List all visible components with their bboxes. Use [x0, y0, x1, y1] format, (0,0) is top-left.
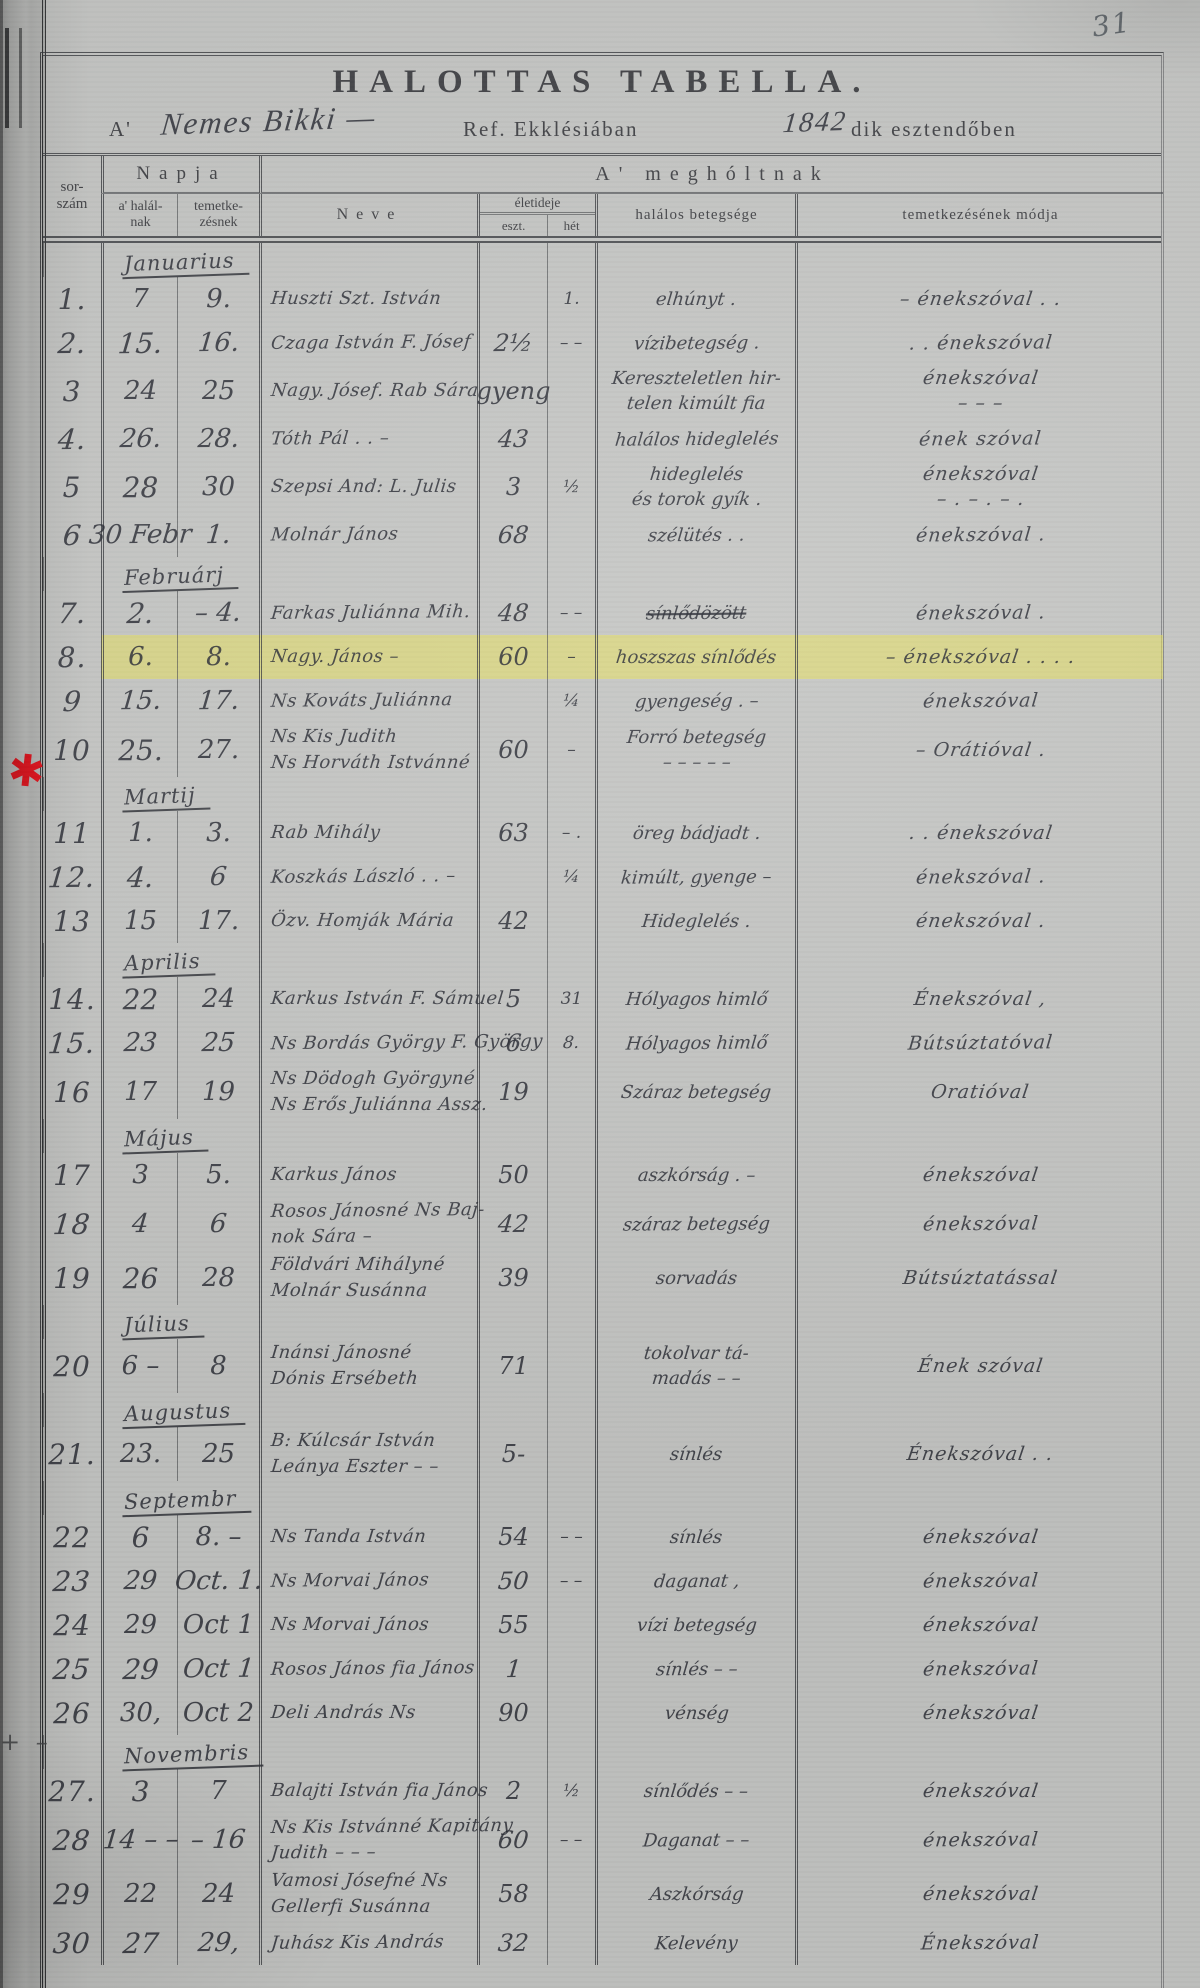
deceased-name: Koszkás László . . – [259, 855, 477, 899]
burial-mode: énekszóval . [795, 855, 1163, 899]
deceased-name: Rab Mihály [259, 811, 477, 855]
row-number: 11 [43, 811, 101, 855]
column-header-cause: halálos betegsége [595, 194, 795, 236]
burial-date: 8. [177, 635, 259, 679]
spacer [477, 777, 547, 811]
month-label: Augustus [101, 1393, 259, 1427]
row-number: 4. [43, 417, 101, 461]
burial-date: 8 [177, 1339, 259, 1393]
age-weeks [547, 365, 595, 417]
deceased-name: Ns Morvai János [259, 1559, 477, 1603]
age-years: 42 [477, 1197, 547, 1251]
table-row: 111.3.Rab Mihály63– .öreg bádjadt .. . é… [43, 811, 1161, 855]
row-number: 23 [43, 1559, 101, 1603]
spacer [795, 1305, 1163, 1339]
burial-date: – 4. [177, 591, 259, 635]
row-number: 19 [43, 1251, 101, 1305]
column-header-burial-mode: temetkezésének módja [795, 194, 1163, 236]
spacer [477, 557, 547, 591]
burial-date: 17. [177, 899, 259, 943]
age-years: 2½ [477, 321, 547, 365]
burial-mode: énekszóval [795, 1867, 1163, 1921]
cause-of-death: sínlés [595, 1515, 795, 1559]
row-number: 20 [43, 1339, 101, 1393]
burial-date: 8. – [177, 1515, 259, 1559]
spacer [259, 243, 477, 277]
page-number: 31 [1090, 5, 1134, 43]
age-weeks: – – [547, 1559, 595, 1603]
spacer [43, 243, 101, 277]
deceased-name: Ns Kováts Juliánna [259, 679, 477, 723]
age-weeks: ¼ [547, 855, 595, 899]
age-weeks: ½ [547, 461, 595, 513]
spacer [477, 1119, 547, 1153]
cause-of-death: hoszszas sínlődés [595, 635, 795, 679]
row-number: 24 [43, 1603, 101, 1647]
cause-of-death: halálos hideglelés [595, 417, 795, 461]
spacer [795, 1119, 1163, 1153]
age-weeks: 31 [547, 977, 595, 1021]
table-row: 1735.Karkus János50aszkórság . –énekszóv… [43, 1153, 1161, 1197]
burial-mode: – Orátióval . [795, 723, 1163, 777]
parish-name-handwritten: Nemes Bikki — [159, 99, 378, 143]
death-date: 27 [101, 1921, 177, 1965]
age-years: 1 [477, 1647, 547, 1691]
death-date: 22 [101, 977, 177, 1021]
burial-date: 30 [177, 461, 259, 513]
burial-date: Oct. 1. [177, 1559, 259, 1603]
table-row: 15.2325Ns Bordás György F. György68.Hóly… [43, 1021, 1161, 1065]
age-weeks: – – [547, 1813, 595, 1867]
spacer [795, 943, 1163, 977]
table-row: 27.37Balajti István fia János2½sínlődés … [43, 1769, 1161, 1813]
spacer [547, 1305, 595, 1339]
age-weeks: 8. [547, 1021, 595, 1065]
document-subtitle: A' Nemes Bikki — Ref. Ekklésiában 1842 d… [43, 101, 1161, 153]
cause-of-death: sínlődés – – [595, 1769, 795, 1813]
death-date: 7 [101, 277, 177, 321]
age-years: 71 [477, 1339, 547, 1393]
age-weeks [547, 1065, 595, 1119]
deceased-name: Balajti István fia János [259, 1769, 477, 1813]
row-number: 14. [43, 977, 101, 1021]
cause-of-death: vízi betegség [595, 1603, 795, 1647]
column-header-name: Neve [259, 194, 477, 236]
table-row: 1.79.Huszti Szt. István1.elhúnyt .– ének… [43, 277, 1161, 321]
age-weeks: ¼ [547, 679, 595, 723]
spacer [795, 1393, 1163, 1427]
age-years-label: eszt. [480, 215, 548, 236]
death-date: 4. [101, 855, 177, 899]
spacer [259, 777, 477, 811]
spacer [477, 1735, 547, 1769]
spacer [547, 777, 595, 811]
burial-mode: énekszóval [795, 1153, 1163, 1197]
spacer [595, 1393, 795, 1427]
spacer [43, 1119, 101, 1153]
spacer [259, 1393, 477, 1427]
spacer [595, 243, 795, 277]
burial-date: 27. [177, 723, 259, 777]
death-date: 6 [101, 1515, 177, 1559]
age-years: 50 [477, 1153, 547, 1197]
spacer [795, 243, 1163, 277]
age-weeks [547, 513, 595, 557]
burial-mode: – énekszóval . . [795, 277, 1163, 321]
burial-date: 6 [177, 855, 259, 899]
spacer [595, 777, 795, 811]
row-number: 10 [43, 723, 101, 777]
age-weeks: – – [547, 1515, 595, 1559]
burial-mode: Énekszóval . . [795, 1427, 1163, 1481]
death-date: 26 [101, 1251, 177, 1305]
row-number: 17 [43, 1153, 101, 1197]
column-header-serial: sor- szám [43, 156, 101, 236]
cause-of-death: elhúnyt . [595, 277, 795, 321]
cause-of-death: Száraz betegség [595, 1065, 795, 1119]
burial-mode: énekszóval [795, 679, 1163, 723]
burial-date: 7 [177, 1769, 259, 1813]
deceased-name: Ns Morvai János [259, 1603, 477, 1647]
age-years: 54 [477, 1515, 547, 1559]
table-row: 206 –8Inánsi JánosnéDónis Ersébeth71toko… [43, 1339, 1161, 1393]
subtitle-prefix: A' [109, 117, 132, 142]
cause-of-death: sínlődözött [595, 591, 795, 635]
death-date: 24 [101, 365, 177, 417]
table-row: 2814 – –– 16Ns Kis Istvánné KapitányJudi… [43, 1813, 1161, 1867]
spacer [547, 1735, 595, 1769]
month-label: Januarius [101, 243, 259, 277]
month-label: Aprilis [101, 943, 259, 977]
spacer [795, 1735, 1163, 1769]
cause-of-death: Hideglelés . [595, 899, 795, 943]
spacer [795, 557, 1163, 591]
cause-of-death: vízibetegség . [595, 321, 795, 365]
cause-of-death: sínlés [595, 1427, 795, 1481]
death-date: 29 [101, 1603, 177, 1647]
age-weeks: ½ [547, 1769, 595, 1813]
row-number: 18 [43, 1197, 101, 1251]
spacer [795, 1481, 1163, 1515]
deceased-name: Ns Tanda István [259, 1515, 477, 1559]
row-number: 12. [43, 855, 101, 899]
table-row: 52830Szepsi And: L. Julis3½hideglelésés … [43, 461, 1161, 513]
death-date: 17 [101, 1065, 177, 1119]
burial-mode: énekszóval . [795, 899, 1163, 943]
age-years: 39 [477, 1251, 547, 1305]
month-label: Februárj [101, 557, 259, 591]
register-sheet: HALOTTAS TABELLA. A' Nemes Bikki — Ref. … [40, 52, 1164, 1988]
age-years [477, 277, 547, 321]
death-date: 3 [101, 1153, 177, 1197]
table-header: sor- szám Napja A' meghóltnak a' halál- … [43, 153, 1161, 243]
burial-mode: énekszóval– – – [795, 365, 1163, 417]
burial-mode: énekszóval– . – . – . [795, 461, 1163, 513]
spacer [259, 557, 477, 591]
cause-of-death: aszkórság . – [595, 1153, 795, 1197]
burial-mode: énekszóval [795, 1813, 1163, 1867]
burial-date: 5. [177, 1153, 259, 1197]
age-weeks: – . [547, 811, 595, 855]
age-years: 32 [477, 1921, 547, 1965]
burial-mode: . . énekszóval [795, 811, 1163, 855]
death-date: 23. [101, 1427, 177, 1481]
burial-mode: énekszóval . [795, 513, 1163, 557]
row-number: 5 [43, 461, 101, 513]
age-weeks [547, 1647, 595, 1691]
deceased-name: Farkas Juliánna Mih. [259, 591, 477, 635]
age-years: 60 [477, 723, 547, 777]
age-weeks [547, 1251, 595, 1305]
burial-date: 3. [177, 811, 259, 855]
deceased-name: Földvári MihálynéMolnár Susánna [259, 1251, 477, 1305]
table-row: 630 Febr1.Molnár János68szélütés . .ének… [43, 513, 1161, 557]
burial-mode: énekszóval [795, 1691, 1163, 1735]
burial-mode: Ének szóval [795, 1339, 1163, 1393]
death-date: 14 – – [101, 1813, 177, 1867]
table-row: 161719Ns Dödogh GyörgynéNs Erős Juliánna… [43, 1065, 1161, 1119]
spacer [43, 1305, 101, 1339]
age-years: 42 [477, 899, 547, 943]
row-number: 16 [43, 1065, 101, 1119]
month-header-row: Aprilis [43, 943, 1161, 977]
spacer [259, 1119, 477, 1153]
month-label: Július [101, 1305, 259, 1339]
age-years: 43 [477, 417, 547, 461]
spacer [259, 1481, 477, 1515]
deceased-name: Deli András Ns [259, 1691, 477, 1735]
deceased-name: Ns Dödogh GyörgynéNs Erős Juliánna Assz. [259, 1065, 477, 1119]
death-date: 2. [101, 591, 177, 635]
table-row: 14.2224Karkus István F. Sámuel531Hólyago… [43, 977, 1161, 1021]
burial-date: 16. [177, 321, 259, 365]
death-date: 29 [101, 1559, 177, 1603]
cause-of-death: gyengeség . – [595, 679, 795, 723]
age-weeks-label: hét [548, 218, 595, 234]
table-row: 2.15.16.Czaga István F. Jósef2½– –vízibe… [43, 321, 1161, 365]
spacer [547, 943, 595, 977]
spacer [477, 943, 547, 977]
burial-date: 28. [177, 417, 259, 461]
deceased-name: Karkus István F. Sámuel [259, 977, 477, 1021]
cause-of-death: Kereszteletlen hir-telen kimúlt fia [595, 365, 795, 417]
burial-mode: Énekszóval [795, 1921, 1163, 1965]
table-row: 1846Rosos Jánosné Ns Baj-nok Sára –42szá… [43, 1197, 1161, 1251]
age-weeks: – – [547, 321, 595, 365]
age-weeks [547, 899, 595, 943]
row-number: 28 [43, 1813, 101, 1867]
deceased-name: B: Kúlcsár IstvánLeánya Eszter – – [259, 1427, 477, 1481]
burial-date: 24 [177, 977, 259, 1021]
cause-of-death: Aszkórság [595, 1867, 795, 1921]
row-number: 21. [43, 1427, 101, 1481]
deceased-name: Ns Kis Istvánné KapitányJudith – – – [259, 1813, 477, 1867]
age-years: 5- [477, 1427, 547, 1481]
spacer [595, 943, 795, 977]
table-row: 8.6.8.Nagy. János –60–hoszszas sínlődés–… [43, 635, 1161, 679]
age-weeks [547, 1691, 595, 1735]
cause-of-death: szélütés . . [595, 513, 795, 557]
death-date: 30 Febr [101, 513, 177, 557]
spacer [259, 943, 477, 977]
spacer [259, 1735, 477, 1769]
deceased-name: Ns Bordás György F. György [259, 1021, 477, 1065]
burial-date: 19 [177, 1065, 259, 1119]
burial-mode: . . énekszóval [795, 321, 1163, 365]
death-date: 29 [101, 1647, 177, 1691]
death-date: 6 – [101, 1339, 177, 1393]
month-label: Novembris [101, 1735, 259, 1769]
burial-date: 17. [177, 679, 259, 723]
cause-of-death: vénség [595, 1691, 795, 1735]
margin-cross-mark: + – [0, 1728, 52, 1756]
month-label: Martij [101, 777, 259, 811]
spacer [547, 1119, 595, 1153]
age-years: 48 [477, 591, 547, 635]
age-weeks [547, 1197, 595, 1251]
row-number: 25 [43, 1647, 101, 1691]
row-number: 13 [43, 899, 101, 943]
row-number: 3 [43, 365, 101, 417]
cause-of-death: Hólyagos himlő [595, 1021, 795, 1065]
month-label: Május [101, 1119, 259, 1153]
document-title: HALOTTAS TABELLA. [43, 64, 1161, 101]
spacer [547, 1393, 595, 1427]
death-date: 25. [101, 723, 177, 777]
age-years [477, 855, 547, 899]
month-label: Septembr [101, 1481, 259, 1515]
death-date: 22 [101, 1867, 177, 1921]
spacer [595, 1481, 795, 1515]
deceased-name: Nagy. János – [259, 635, 477, 679]
year-handwritten: 1842 [781, 106, 848, 140]
spacer [43, 557, 101, 591]
spacer [595, 1119, 795, 1153]
cause-of-death: sorvadás [595, 1251, 795, 1305]
age-weeks [547, 1427, 595, 1481]
deceased-name: Nagy. Jósef. Rab Sára [259, 365, 477, 417]
column-group-napja: Napja [101, 156, 259, 194]
age-weeks: – [547, 723, 595, 777]
spacer [43, 1393, 101, 1427]
death-date: 15. [101, 679, 177, 723]
table-row: 192628Földvári MihálynéMolnár Susánna39s… [43, 1251, 1161, 1305]
deceased-name: Özv. Homják Mária [259, 899, 477, 943]
spacer [595, 557, 795, 591]
table-row: 131517.Özv. Homják Mária42Hideglelés .én… [43, 899, 1161, 943]
burial-mode: énekszóval [795, 1603, 1163, 1647]
spacer [477, 243, 547, 277]
spacer [795, 777, 1163, 811]
deceased-name: Vamosi Jósefné NsGellerfi Susánna [259, 1867, 477, 1921]
month-header-row: Novembris [43, 1735, 1161, 1769]
spacer [43, 777, 101, 811]
subtitle-suffix: dik esztendőben [851, 117, 1017, 142]
burial-mode: Bútsúztatással [795, 1251, 1163, 1305]
row-number: 30 [43, 1921, 101, 1965]
age-years: 50 [477, 1559, 547, 1603]
table-row: 915.17.Ns Kováts Juliánna¼gyengeség . –é… [43, 679, 1161, 723]
death-date: 28 [101, 461, 177, 513]
deceased-name: Molnár János [259, 513, 477, 557]
month-header-row: Septembr [43, 1481, 1161, 1515]
spacer [547, 243, 595, 277]
month-header-row: Januarius [43, 243, 1161, 277]
binding-corner-marks [5, 28, 22, 128]
spacer [43, 943, 101, 977]
deceased-name: Rosos János fia János [259, 1647, 477, 1691]
burial-mode: Bútsúztatóval [795, 1021, 1163, 1065]
burial-date: Oct 1 [177, 1647, 259, 1691]
age-weeks [547, 1153, 595, 1197]
death-date: 30, [101, 1691, 177, 1735]
deceased-name: Ns Kis JudithNs Horváth Istvánné [259, 723, 477, 777]
age-weeks [547, 1867, 595, 1921]
age-years: 63 [477, 811, 547, 855]
death-date: 6. [101, 635, 177, 679]
deceased-name: Huszti Szt. István [259, 277, 477, 321]
deceased-name: Szepsi And: L. Julis [259, 461, 477, 513]
death-date: 26. [101, 417, 177, 461]
table-row: 2529Oct 1Rosos János fia János1sínlés – … [43, 1647, 1161, 1691]
burial-mode: énekszóval [795, 1647, 1163, 1691]
table-row: 32425Nagy. Jósef. Rab SáragyengKeresztel… [43, 365, 1161, 417]
row-number: 22 [43, 1515, 101, 1559]
row-number: 2. [43, 321, 101, 365]
table-row: 302729,Juhász Kis András32KelevényÉneksz… [43, 1921, 1161, 1965]
spacer [547, 1481, 595, 1515]
subtitle-church: Ref. Ekklésiában [463, 117, 638, 142]
cause-of-death: Daganat – – [595, 1813, 795, 1867]
cause-of-death: daganat , [595, 1559, 795, 1603]
spacer [547, 557, 595, 591]
cause-of-death: Hólyagos himlő [595, 977, 795, 1021]
burial-date: Oct 2 [177, 1691, 259, 1735]
age-weeks: – [547, 635, 595, 679]
burial-mode: Énekszóval , [795, 977, 1163, 1021]
burial-date: 25 [177, 1427, 259, 1481]
death-date: 3 [101, 1769, 177, 1813]
table-row: 1025.27.Ns Kis JudithNs Horváth Istvánné… [43, 723, 1161, 777]
month-header-row: Május [43, 1119, 1161, 1153]
cause-of-death: Forró betegség– – – – – [595, 723, 795, 777]
cause-of-death: hideglelésés torok gyík . [595, 461, 795, 513]
cause-of-death: tokolvar tá-madás – – [595, 1339, 795, 1393]
deceased-name: Juhász Kis András [259, 1921, 477, 1965]
row-number: 7. [43, 591, 101, 635]
age-years: gyeng [477, 365, 547, 417]
cause-of-death: kimúlt, gyenge – [595, 855, 795, 899]
age-years: 55 [477, 1603, 547, 1647]
scanned-register-page: { "page": { "number": "31" }, "title": "… [0, 0, 1200, 1988]
deceased-name: Karkus János [259, 1153, 477, 1197]
row-number: 27. [43, 1769, 101, 1813]
burial-mode: – énekszóval . . . . [795, 635, 1163, 679]
burial-date: 25 [177, 1021, 259, 1065]
spacer [259, 1305, 477, 1339]
column-group-megholtnak: A' meghóltnak [259, 156, 1163, 194]
deceased-name: Rosos Jánosné Ns Baj-nok Sára – [259, 1197, 477, 1251]
burial-date: 24 [177, 1867, 259, 1921]
table-row: 12.4.6Koszkás László . . –¼kimúlt, gyeng… [43, 855, 1161, 899]
burial-date: 29, [177, 1921, 259, 1965]
burial-mode: ének szóval [795, 417, 1163, 461]
row-number: 1. [43, 277, 101, 321]
column-header-death-date: a' halál- nak [101, 194, 177, 236]
death-date: 15. [101, 321, 177, 365]
month-header-row: Februárj [43, 557, 1161, 591]
age-years: 68 [477, 513, 547, 557]
